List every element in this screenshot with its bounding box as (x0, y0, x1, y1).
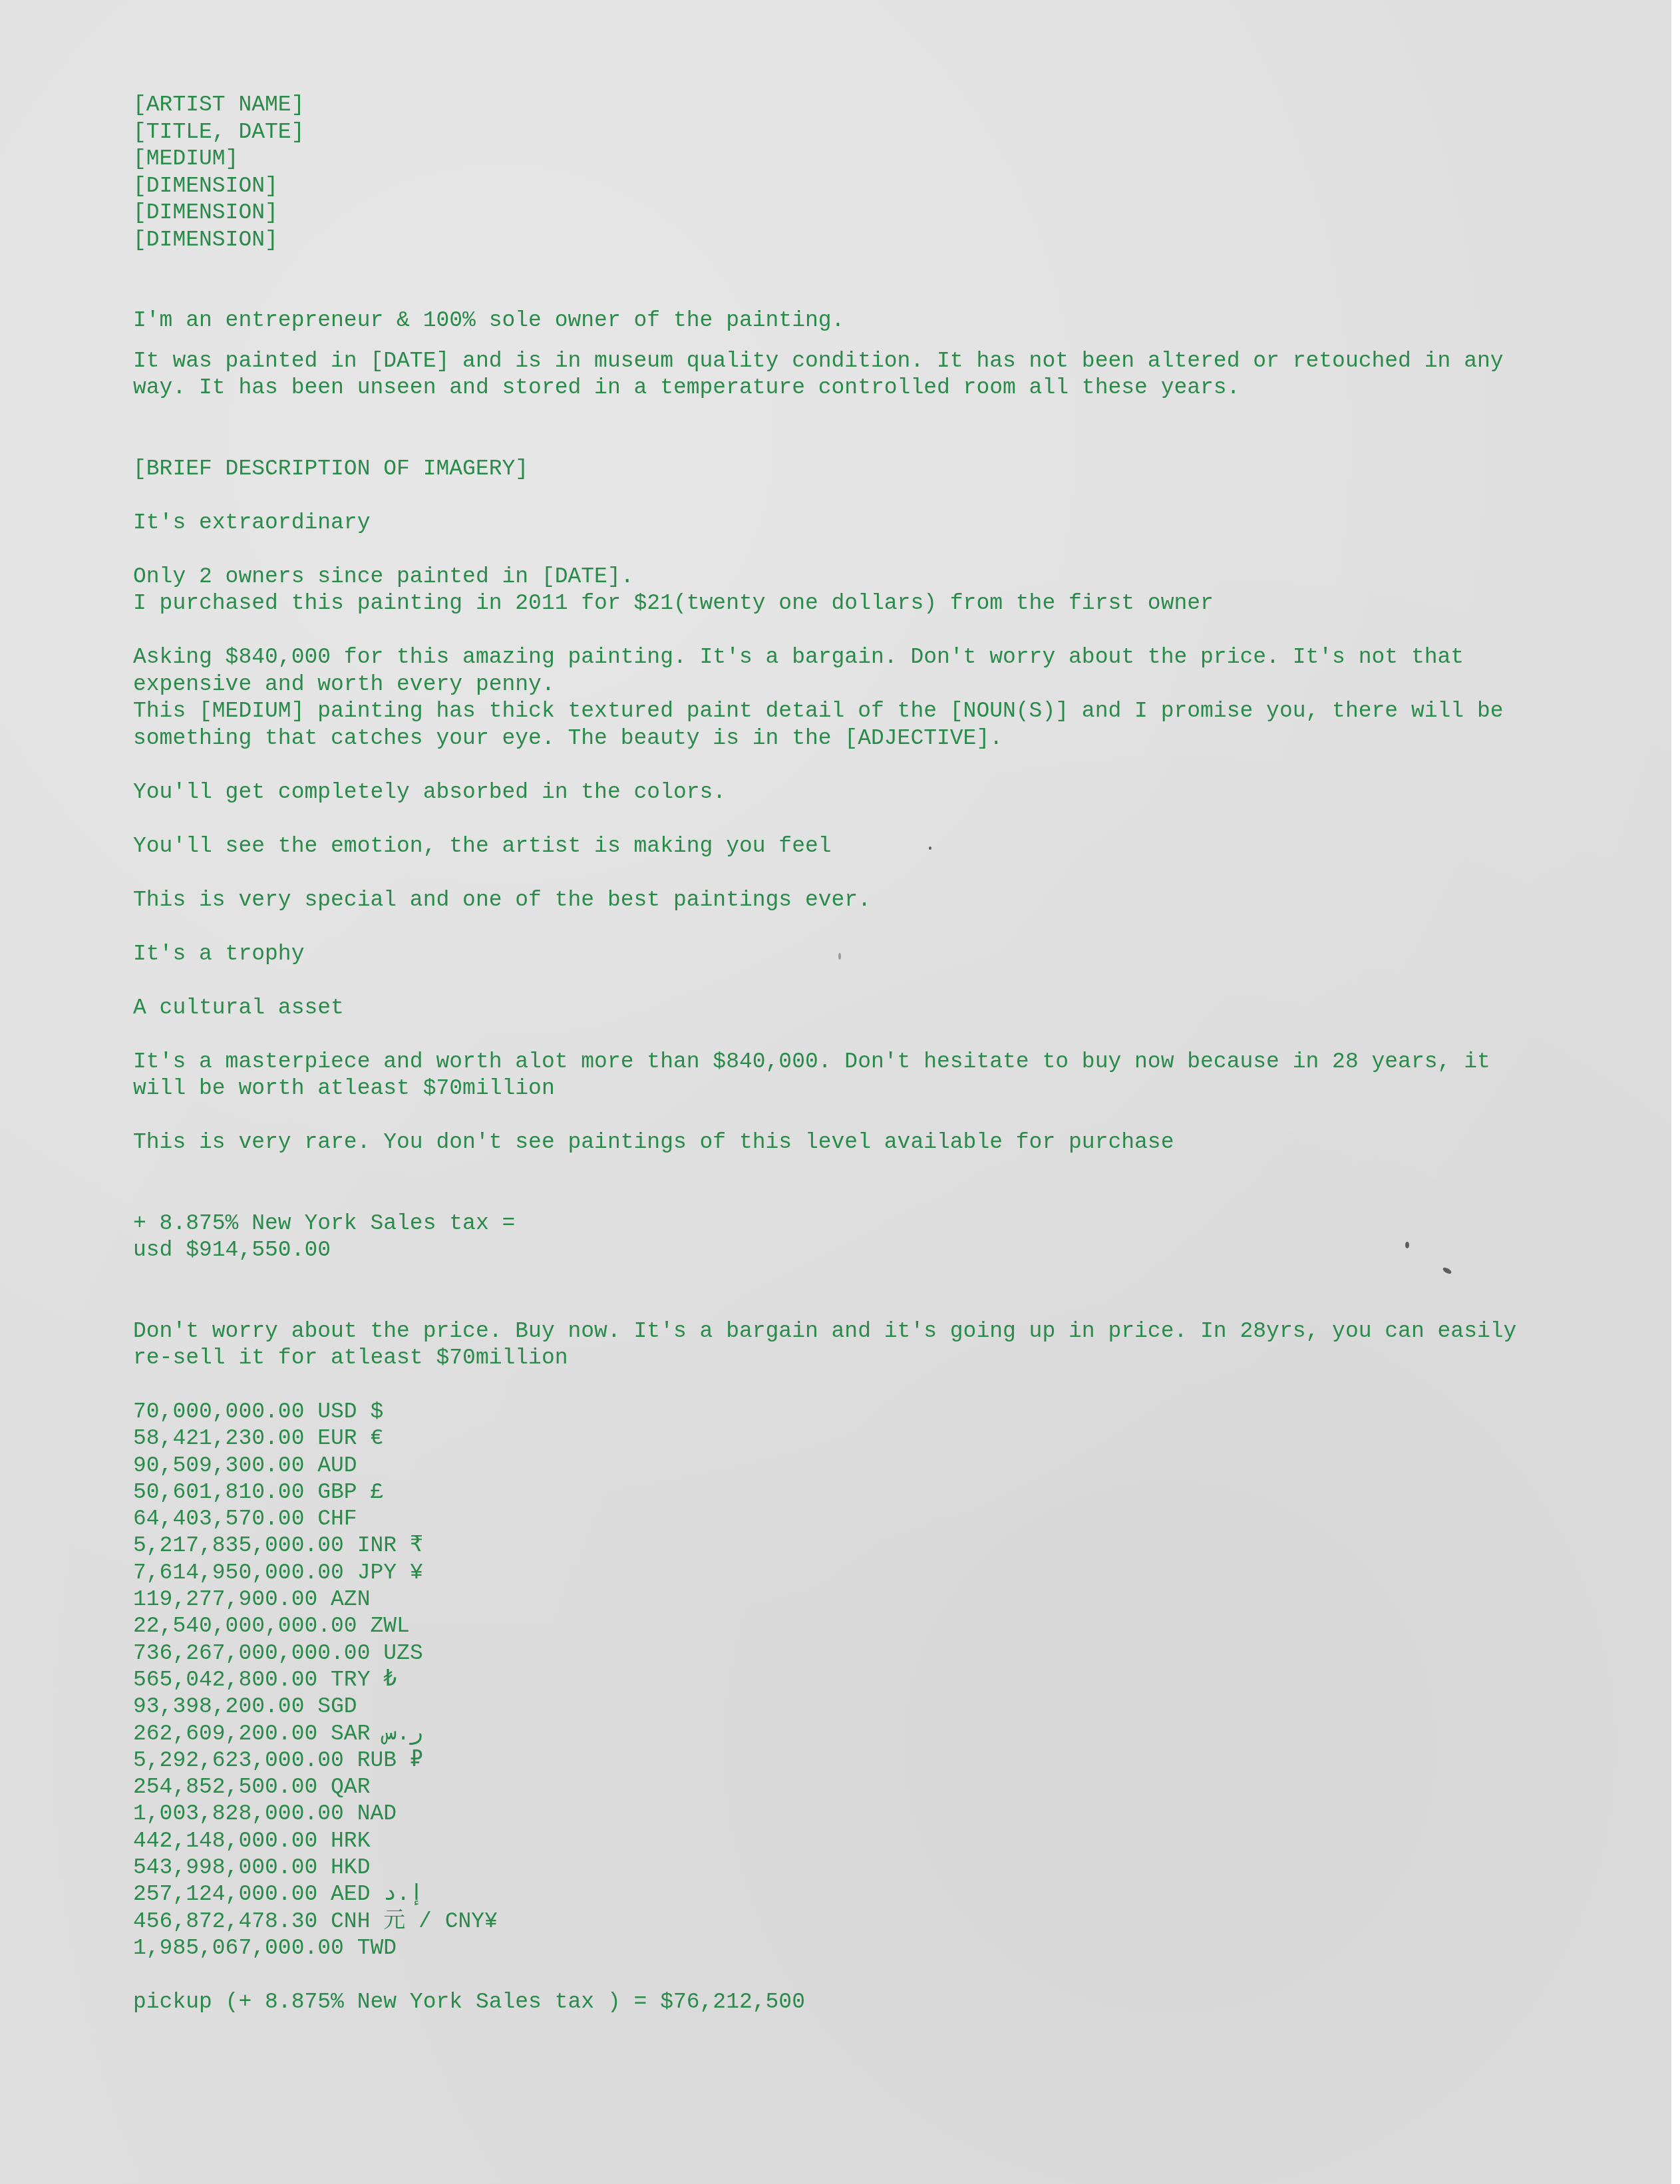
dimension-placeholder: [DIMENSION] (133, 200, 1610, 227)
currency-row: 736,267,000,000.00 UZS (133, 1640, 1610, 1667)
currency-amount: 456,872,478.30 (133, 1909, 317, 1934)
currency-row: 257,124,000.00 AED إ.د (133, 1881, 1610, 1908)
currency-code: USD (317, 1399, 357, 1424)
condition-line: way. It has been unseen and stored in a … (133, 375, 1610, 402)
currency-code: INR (357, 1533, 397, 1558)
resell-line: Don't worry about the price. Buy now. It… (133, 1318, 1610, 1346)
currency-amount: 5,292,623,000.00 (133, 1748, 344, 1773)
currency-symbol: ر.س (383, 1722, 423, 1746)
document-body: [ARTIST NAME] [TITLE, DATE] [MEDIUM] [DI… (133, 92, 1610, 2016)
medium-placeholder: [MEDIUM] (133, 146, 1610, 173)
currency-code: JPY (357, 1560, 397, 1585)
currency-amount: 50,601,810.00 (133, 1480, 304, 1505)
asking-line: something that catches your eye. The bea… (133, 725, 1610, 753)
currency-code: CHF (317, 1507, 357, 1531)
asking-line: Asking $840,000 for this amazing paintin… (133, 644, 1610, 671)
currency-code: AUD (317, 1453, 357, 1478)
currency-code: HKD (331, 1855, 370, 1880)
currency-amount: 7,614,950,000.00 (133, 1560, 344, 1585)
currency-row: 254,852,500.00 QAR (133, 1774, 1610, 1801)
currency-row: 543,998,000.00 HKD (133, 1855, 1610, 1881)
currency-amount: 5,217,835,000.00 (133, 1533, 344, 1558)
sales-tax-total: usd $914,550.00 (133, 1237, 1610, 1264)
masterpiece-line: It's a masterpiece and worth alot more t… (133, 1049, 1610, 1076)
currency-code: QAR (331, 1775, 370, 1799)
currency-symbol: 元 / CNY¥ (383, 1909, 498, 1934)
currency-code: TRY (331, 1668, 370, 1692)
asking-price-paragraph: Asking $840,000 for this amazing paintin… (133, 644, 1610, 752)
currency-amount: 254,852,500.00 (133, 1775, 317, 1799)
trophy-statement: It's a trophy (133, 941, 1610, 968)
currency-row: 64,403,570.00 CHF (133, 1506, 1610, 1533)
special-statement: This is very special and one of the best… (133, 887, 1610, 914)
currency-symbol: إ.د (383, 1882, 423, 1907)
dimension-placeholder: [DIMENSION] (133, 227, 1610, 254)
currency-row: 90,509,300.00 AUD (133, 1453, 1610, 1479)
emotion-statement: You'll see the emotion, the artist is ma… (133, 833, 1610, 860)
currency-amount: 442,148,000.00 (133, 1829, 317, 1853)
condition-line: It was painted in [DATE] and is in museu… (133, 348, 1610, 375)
condition-paragraph: It was painted in [DATE] and is in museu… (133, 348, 1610, 402)
currency-row: 442,148,000.00 HRK (133, 1828, 1610, 1855)
currency-row: 70,000,000.00 USD $ (133, 1399, 1610, 1425)
provenance-paragraph: Only 2 owners since painted in [DATE]. I… (133, 564, 1610, 618)
currency-row: 58,421,230.00 EUR € (133, 1425, 1610, 1452)
currency-code: GBP (317, 1480, 357, 1505)
sales-tax-block: + 8.875% New York Sales tax = usd $914,5… (133, 1210, 1610, 1264)
absorbed-statement: You'll get completely absorbed in the co… (133, 779, 1610, 807)
asking-line: This [MEDIUM] painting has thick texture… (133, 698, 1610, 725)
currency-row: 5,217,835,000.00 INR ₹ (133, 1533, 1610, 1559)
currency-row: 565,042,800.00 TRY ₺ (133, 1667, 1610, 1694)
currency-row: 1,003,828,000.00 NAD (133, 1801, 1610, 1827)
currency-amount: 58,421,230.00 (133, 1426, 304, 1451)
currency-amount: 70,000,000.00 (133, 1399, 304, 1424)
currency-code: SGD (317, 1694, 357, 1719)
currency-code: UZS (383, 1641, 422, 1666)
resell-line: re-sell it for atleast $70million (133, 1345, 1610, 1372)
currency-amount: 565,042,800.00 (133, 1668, 317, 1692)
scan-speck (929, 846, 931, 850)
currency-symbol: ¥ (410, 1560, 423, 1585)
currency-symbol: £ (371, 1480, 384, 1505)
currency-code: EUR (317, 1426, 357, 1451)
currency-amount: 90,509,300.00 (133, 1453, 304, 1478)
imagery-description-placeholder: [BRIEF DESCRIPTION OF IMAGERY] (133, 456, 1610, 483)
artist-name-placeholder: [ARTIST NAME] (133, 92, 1610, 119)
extraordinary-statement: It's extraordinary (133, 510, 1610, 537)
artwork-header-placeholders: [ARTIST NAME] [TITLE, DATE] [MEDIUM] [DI… (133, 92, 1610, 254)
currency-amount: 1,985,067,000.00 (133, 1936, 344, 1960)
currency-amount: 543,998,000.00 (133, 1855, 317, 1880)
provenance-line: Only 2 owners since painted in [DATE]. (133, 564, 1610, 591)
currency-symbol: ₹ (410, 1533, 423, 1558)
currency-symbol: $ (371, 1399, 384, 1424)
ownership-statement: I'm an entrepreneur & 100% sole owner of… (133, 307, 1610, 335)
title-date-placeholder: [TITLE, DATE] (133, 119, 1610, 146)
currency-row: 50,601,810.00 GBP £ (133, 1479, 1610, 1506)
currency-code: RUB (357, 1748, 397, 1773)
currency-conversion-list: 70,000,000.00 USD $58,421,230.00 EUR €90… (133, 1399, 1610, 1962)
currency-row: 5,292,623,000.00 RUB ₽ (133, 1747, 1610, 1774)
currency-amount: 119,277,900.00 (133, 1587, 317, 1612)
currency-code: CNH (331, 1909, 370, 1934)
currency-amount: 22,540,000,000.00 (133, 1614, 357, 1638)
dimension-placeholder: [DIMENSION] (133, 173, 1610, 200)
resell-paragraph: Don't worry about the price. Buy now. It… (133, 1318, 1610, 1372)
rarity-statement: This is very rare. You don't see paintin… (133, 1129, 1610, 1157)
currency-code: NAD (357, 1801, 397, 1826)
currency-row: 93,398,200.00 SGD (133, 1694, 1610, 1720)
pickup-total: pickup (+ 8.875% New York Sales tax ) = … (133, 1989, 1610, 2016)
currency-row: 22,540,000,000.00 ZWL (133, 1613, 1610, 1640)
currency-code: AZN (331, 1587, 370, 1612)
sales-tax-line: + 8.875% New York Sales tax = (133, 1210, 1610, 1238)
currency-code: TWD (357, 1936, 397, 1960)
scan-speck (1405, 1242, 1409, 1248)
currency-symbol: ₺ (383, 1668, 397, 1692)
currency-row: 1,985,067,000.00 TWD (133, 1935, 1610, 1962)
masterpiece-paragraph: It's a masterpiece and worth alot more t… (133, 1049, 1610, 1103)
currency-code: AED (331, 1882, 370, 1907)
currency-symbol: ₽ (410, 1748, 423, 1773)
currency-amount: 93,398,200.00 (133, 1694, 304, 1719)
currency-amount: 64,403,570.00 (133, 1507, 304, 1531)
currency-amount: 736,267,000,000.00 (133, 1641, 370, 1666)
currency-code: ZWL (370, 1614, 409, 1638)
scan-speck (838, 953, 841, 960)
currency-code: SAR (331, 1722, 370, 1746)
currency-row: 262,609,200.00 SAR ر.س (133, 1721, 1610, 1747)
currency-code: HRK (331, 1829, 370, 1853)
currency-symbol: € (371, 1426, 384, 1451)
currency-row: 7,614,950,000.00 JPY ¥ (133, 1560, 1610, 1586)
asking-line: expensive and worth every penny. (133, 671, 1610, 699)
currency-amount: 1,003,828,000.00 (133, 1801, 344, 1826)
currency-amount: 262,609,200.00 (133, 1722, 317, 1746)
currency-row: 119,277,900.00 AZN (133, 1586, 1610, 1613)
currency-row: 456,872,478.30 CNH 元 / CNY¥ (133, 1909, 1610, 1935)
cultural-asset-statement: A cultural asset (133, 995, 1610, 1022)
currency-amount: 257,124,000.00 (133, 1882, 317, 1907)
provenance-line: I purchased this painting in 2011 for $2… (133, 590, 1610, 618)
masterpiece-line: will be worth atleast $70million (133, 1075, 1610, 1103)
